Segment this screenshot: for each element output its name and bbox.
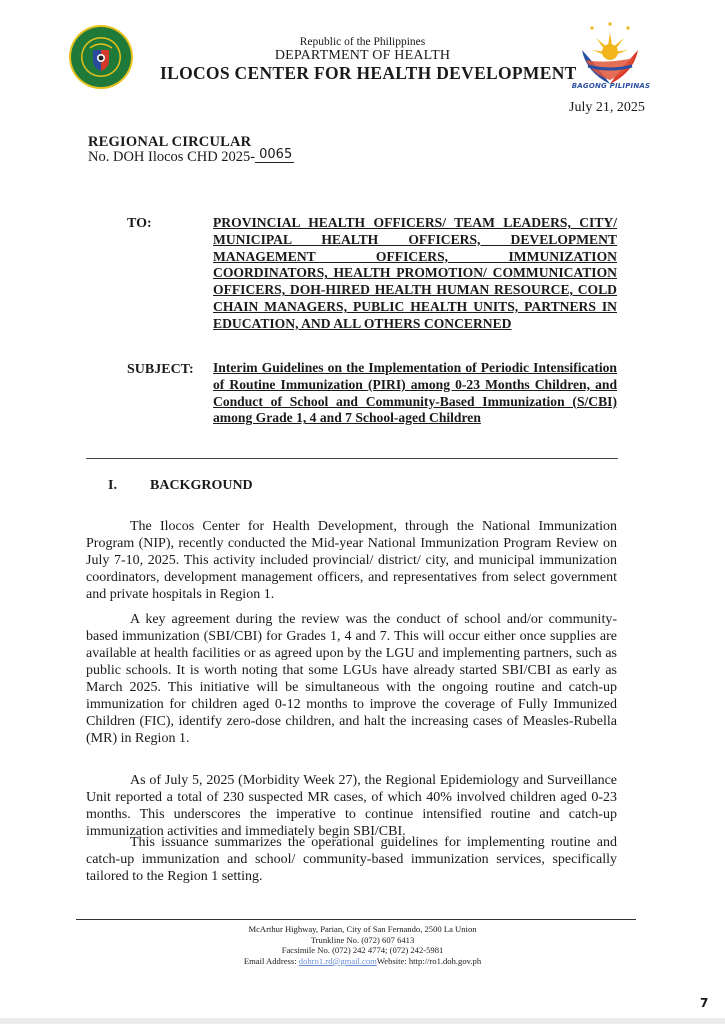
to-recipients: PROVINCIAL HEALTH OFFICERS/ TEAM LEADERS… bbox=[213, 215, 617, 333]
footer-divider bbox=[76, 919, 636, 920]
scan-bottom-edge bbox=[0, 1018, 725, 1024]
footer-website[interactable]: http://ro1.doh.gov.ph bbox=[409, 956, 481, 966]
section-title: BACKGROUND bbox=[150, 478, 253, 494]
section-number: I. bbox=[108, 478, 117, 494]
header-office: ILOCOS CENTER FOR HEALTH DEVELOPMENT bbox=[160, 63, 577, 84]
circular-number-prefix: No. DOH Ilocos CHD 2025- bbox=[88, 149, 255, 165]
circular-number: No. DOH Ilocos CHD 2025-0065 bbox=[88, 149, 294, 166]
section-divider bbox=[86, 458, 618, 459]
footer-email-label: Email Address: bbox=[244, 956, 299, 966]
circular-number-handwritten: 0065 bbox=[255, 147, 294, 163]
bagong-pilipinas-logo bbox=[572, 20, 648, 90]
footer-contact: McArthur Highway, Parian, City of San Fe… bbox=[0, 924, 725, 966]
footer-trunkline: Trunkline No. (072) 607 6413 bbox=[0, 935, 725, 946]
footer-email-website: Email Address: dohro1.rd@gmail.comWebsit… bbox=[0, 956, 725, 967]
to-label: TO: bbox=[127, 216, 152, 232]
footer-website-label: Website: bbox=[377, 956, 409, 966]
footer-facsimile: Facsimile No. (072) 242 4774; (072) 242-… bbox=[0, 945, 725, 956]
bagong-pilipinas-text: BAGONG PILIPINAS bbox=[566, 82, 656, 90]
footer-email-link[interactable]: dohro1.rd@gmail.com bbox=[299, 956, 377, 966]
page-mark: 7 bbox=[700, 996, 708, 1010]
subject-label: SUBJECT: bbox=[127, 362, 194, 378]
paragraph: This issuance summarizes the operational… bbox=[86, 834, 617, 885]
paragraph: The Ilocos Center for Health Development… bbox=[86, 518, 617, 603]
paragraph: As of July 5, 2025 (Morbidity Week 27), … bbox=[86, 772, 617, 840]
document-date: July 21, 2025 bbox=[569, 100, 645, 116]
paragraph: A key agreement during the review was th… bbox=[86, 611, 617, 747]
footer-address: McArthur Highway, Parian, City of San Fe… bbox=[0, 924, 725, 935]
subject-text: Interim Guidelines on the Implementation… bbox=[213, 360, 617, 427]
